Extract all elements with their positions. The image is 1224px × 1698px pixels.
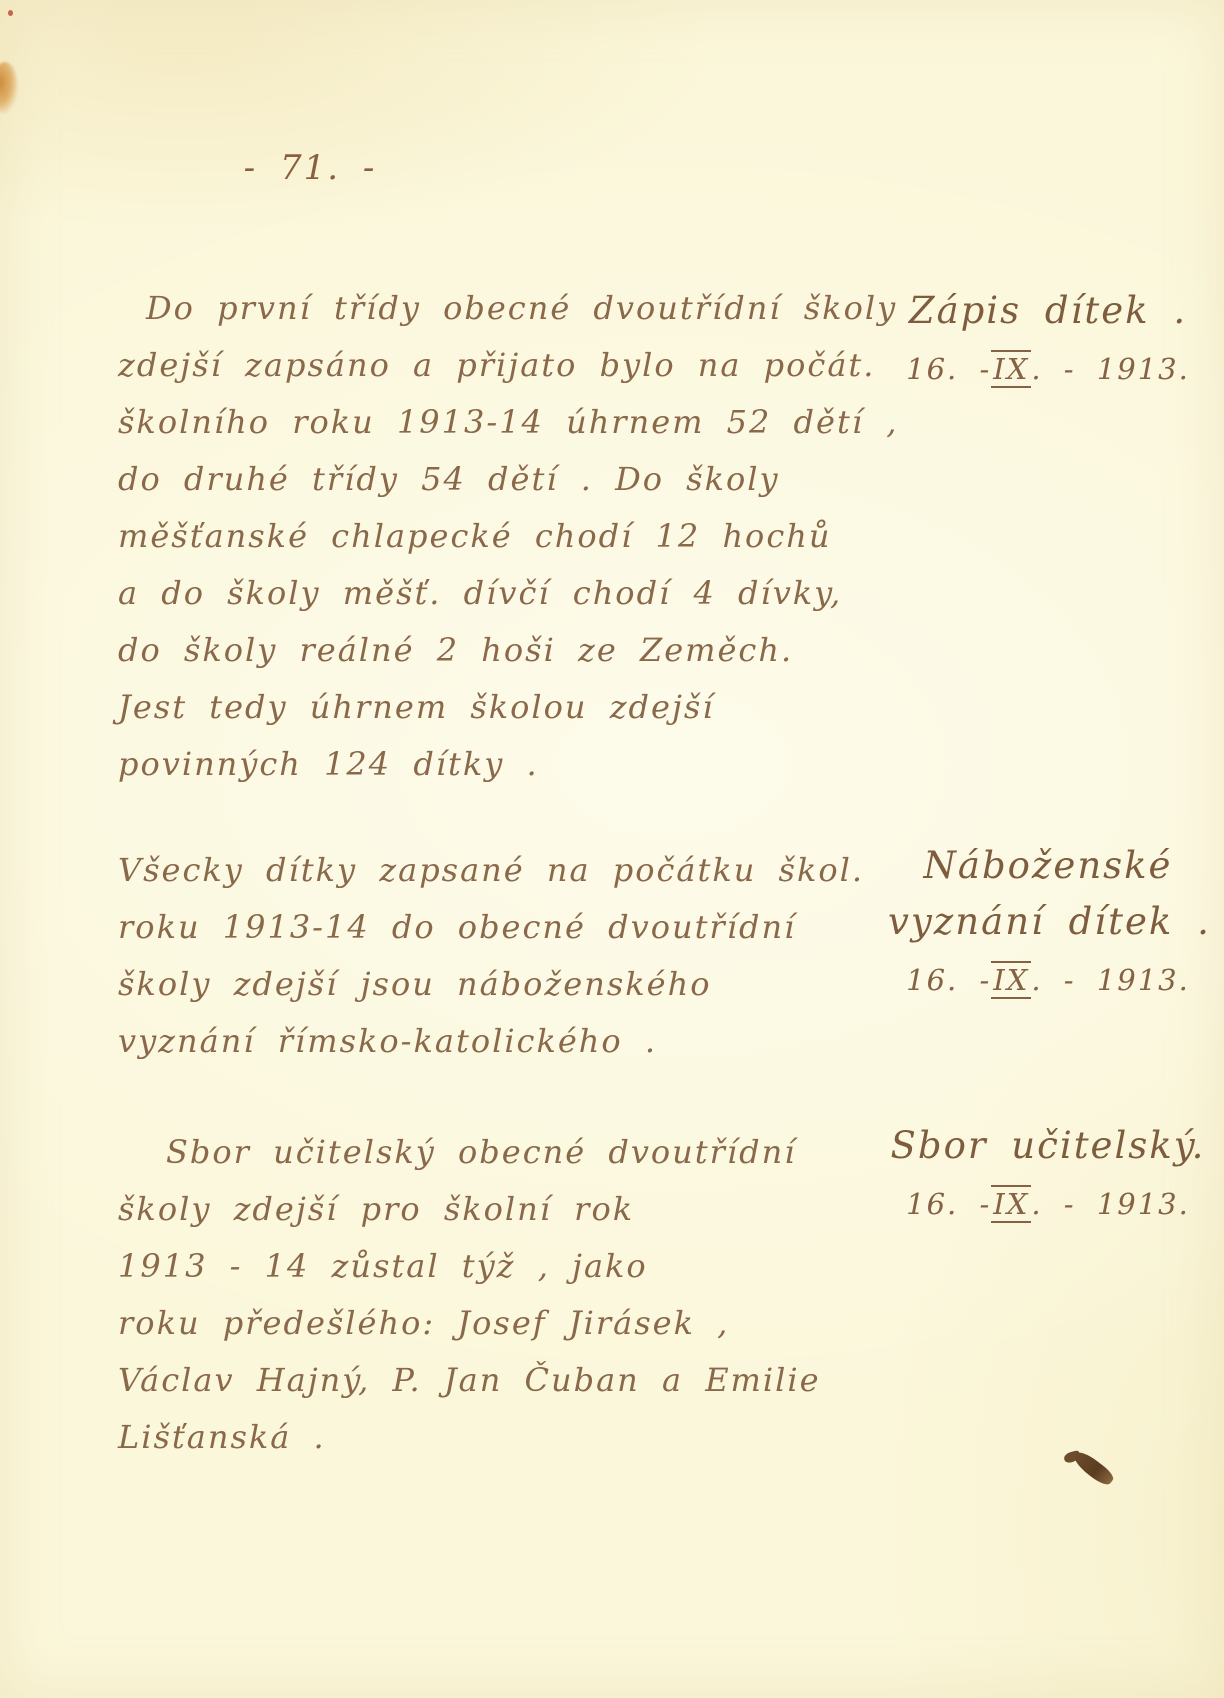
date-year: . - 1913. — [1031, 963, 1189, 997]
date-year: . - 1913. — [1031, 1187, 1189, 1221]
text-line: Sbor učitelský obecné dvoutřídní — [118, 1127, 898, 1184]
margin-note-date: 16. -IX. - 1913. — [888, 1180, 1208, 1228]
date-roman-month: IX — [991, 1185, 1031, 1223]
ink-smudge — [1062, 1450, 1122, 1504]
date-roman-month: IX — [991, 961, 1031, 999]
text-line: a do školy měšť. dívčí chodí 4 dívky, — [118, 568, 898, 625]
text-line: Lišťanská . — [118, 1412, 898, 1469]
text-line: povinných 124 dítky . — [118, 739, 898, 796]
text-line: měšťanské chlapecké chodí 12 hochů — [118, 511, 898, 568]
text-line: Václav Hajný, P. Jan Čuban a Emilie — [118, 1355, 898, 1412]
text-line: zdejší zapsáno a přijato bylo na počát. — [118, 340, 898, 397]
text-line: roku předešlého: Josef Jirásek , — [118, 1298, 898, 1355]
margin-note-date: 16. -IX. - 1913. — [888, 345, 1208, 393]
date-day: 16. - — [906, 963, 991, 997]
margin-note-date: 16. -IX. - 1913. — [888, 956, 1208, 1004]
date-year: . - 1913. — [1031, 352, 1189, 386]
margin-note-title: Zápis dítek . — [888, 283, 1208, 339]
paragraph-sbor-ucitelsky: Sbor učitelský obecné dvoutřídní školy z… — [118, 1127, 898, 1469]
paragraph-zapis-ditek: Do první třídy obecné dvoutřídní školy z… — [118, 283, 898, 796]
margin-note-zapis-ditek: Zápis dítek . 16. -IX. - 1913. — [888, 283, 1208, 393]
date-day: 16. - — [906, 352, 991, 386]
text-line: do školy reálné 2 hoši ze Zeměch. — [118, 625, 898, 682]
margin-note-title: Sbor učitelský. — [888, 1118, 1208, 1174]
date-day: 16. - — [906, 1187, 991, 1221]
margin-note-title: vyznání dítek . — [888, 894, 1208, 950]
text-line: 1913 - 14 zůstal týž , jako — [118, 1241, 898, 1298]
text-line: Všecky dítky zapsané na počátku škol. — [118, 845, 898, 902]
date-roman-month: IX — [991, 350, 1031, 388]
paragraph-nabozenske-vyznani: Všecky dítky zapsané na počátku škol. ro… — [118, 845, 898, 1073]
margin-note-nabozenske-vyznani: Náboženské vyznání dítek . 16. -IX. - 19… — [888, 838, 1208, 1004]
paper-stain — [0, 62, 18, 114]
text-line: roku 1913-14 do obecné dvoutřídní — [118, 902, 898, 959]
text-line: Jest tedy úhrnem školou zdejší — [118, 682, 898, 739]
text-line: do druhé třídy 54 dětí . Do školy — [118, 454, 898, 511]
text-line: Do první třídy obecné dvoutřídní školy — [118, 283, 898, 340]
margin-note-sbor-ucitelsky: Sbor učitelský. 16. -IX. - 1913. — [888, 1118, 1208, 1228]
margin-note-title: Náboženské — [888, 838, 1208, 894]
paper-speck — [8, 10, 13, 16]
text-line: školy zdejší jsou náboženského — [118, 959, 898, 1016]
text-line: vyznání římsko-katolického . — [118, 1016, 898, 1073]
text-line: školy zdejší pro školní rok — [118, 1184, 898, 1241]
text-line: školního roku 1913-14 úhrnem 52 dětí , — [118, 397, 898, 454]
page-number: - 71. - — [0, 148, 620, 188]
manuscript-page: - 71. - Do první třídy obecné dvoutřídní… — [0, 0, 1224, 1698]
